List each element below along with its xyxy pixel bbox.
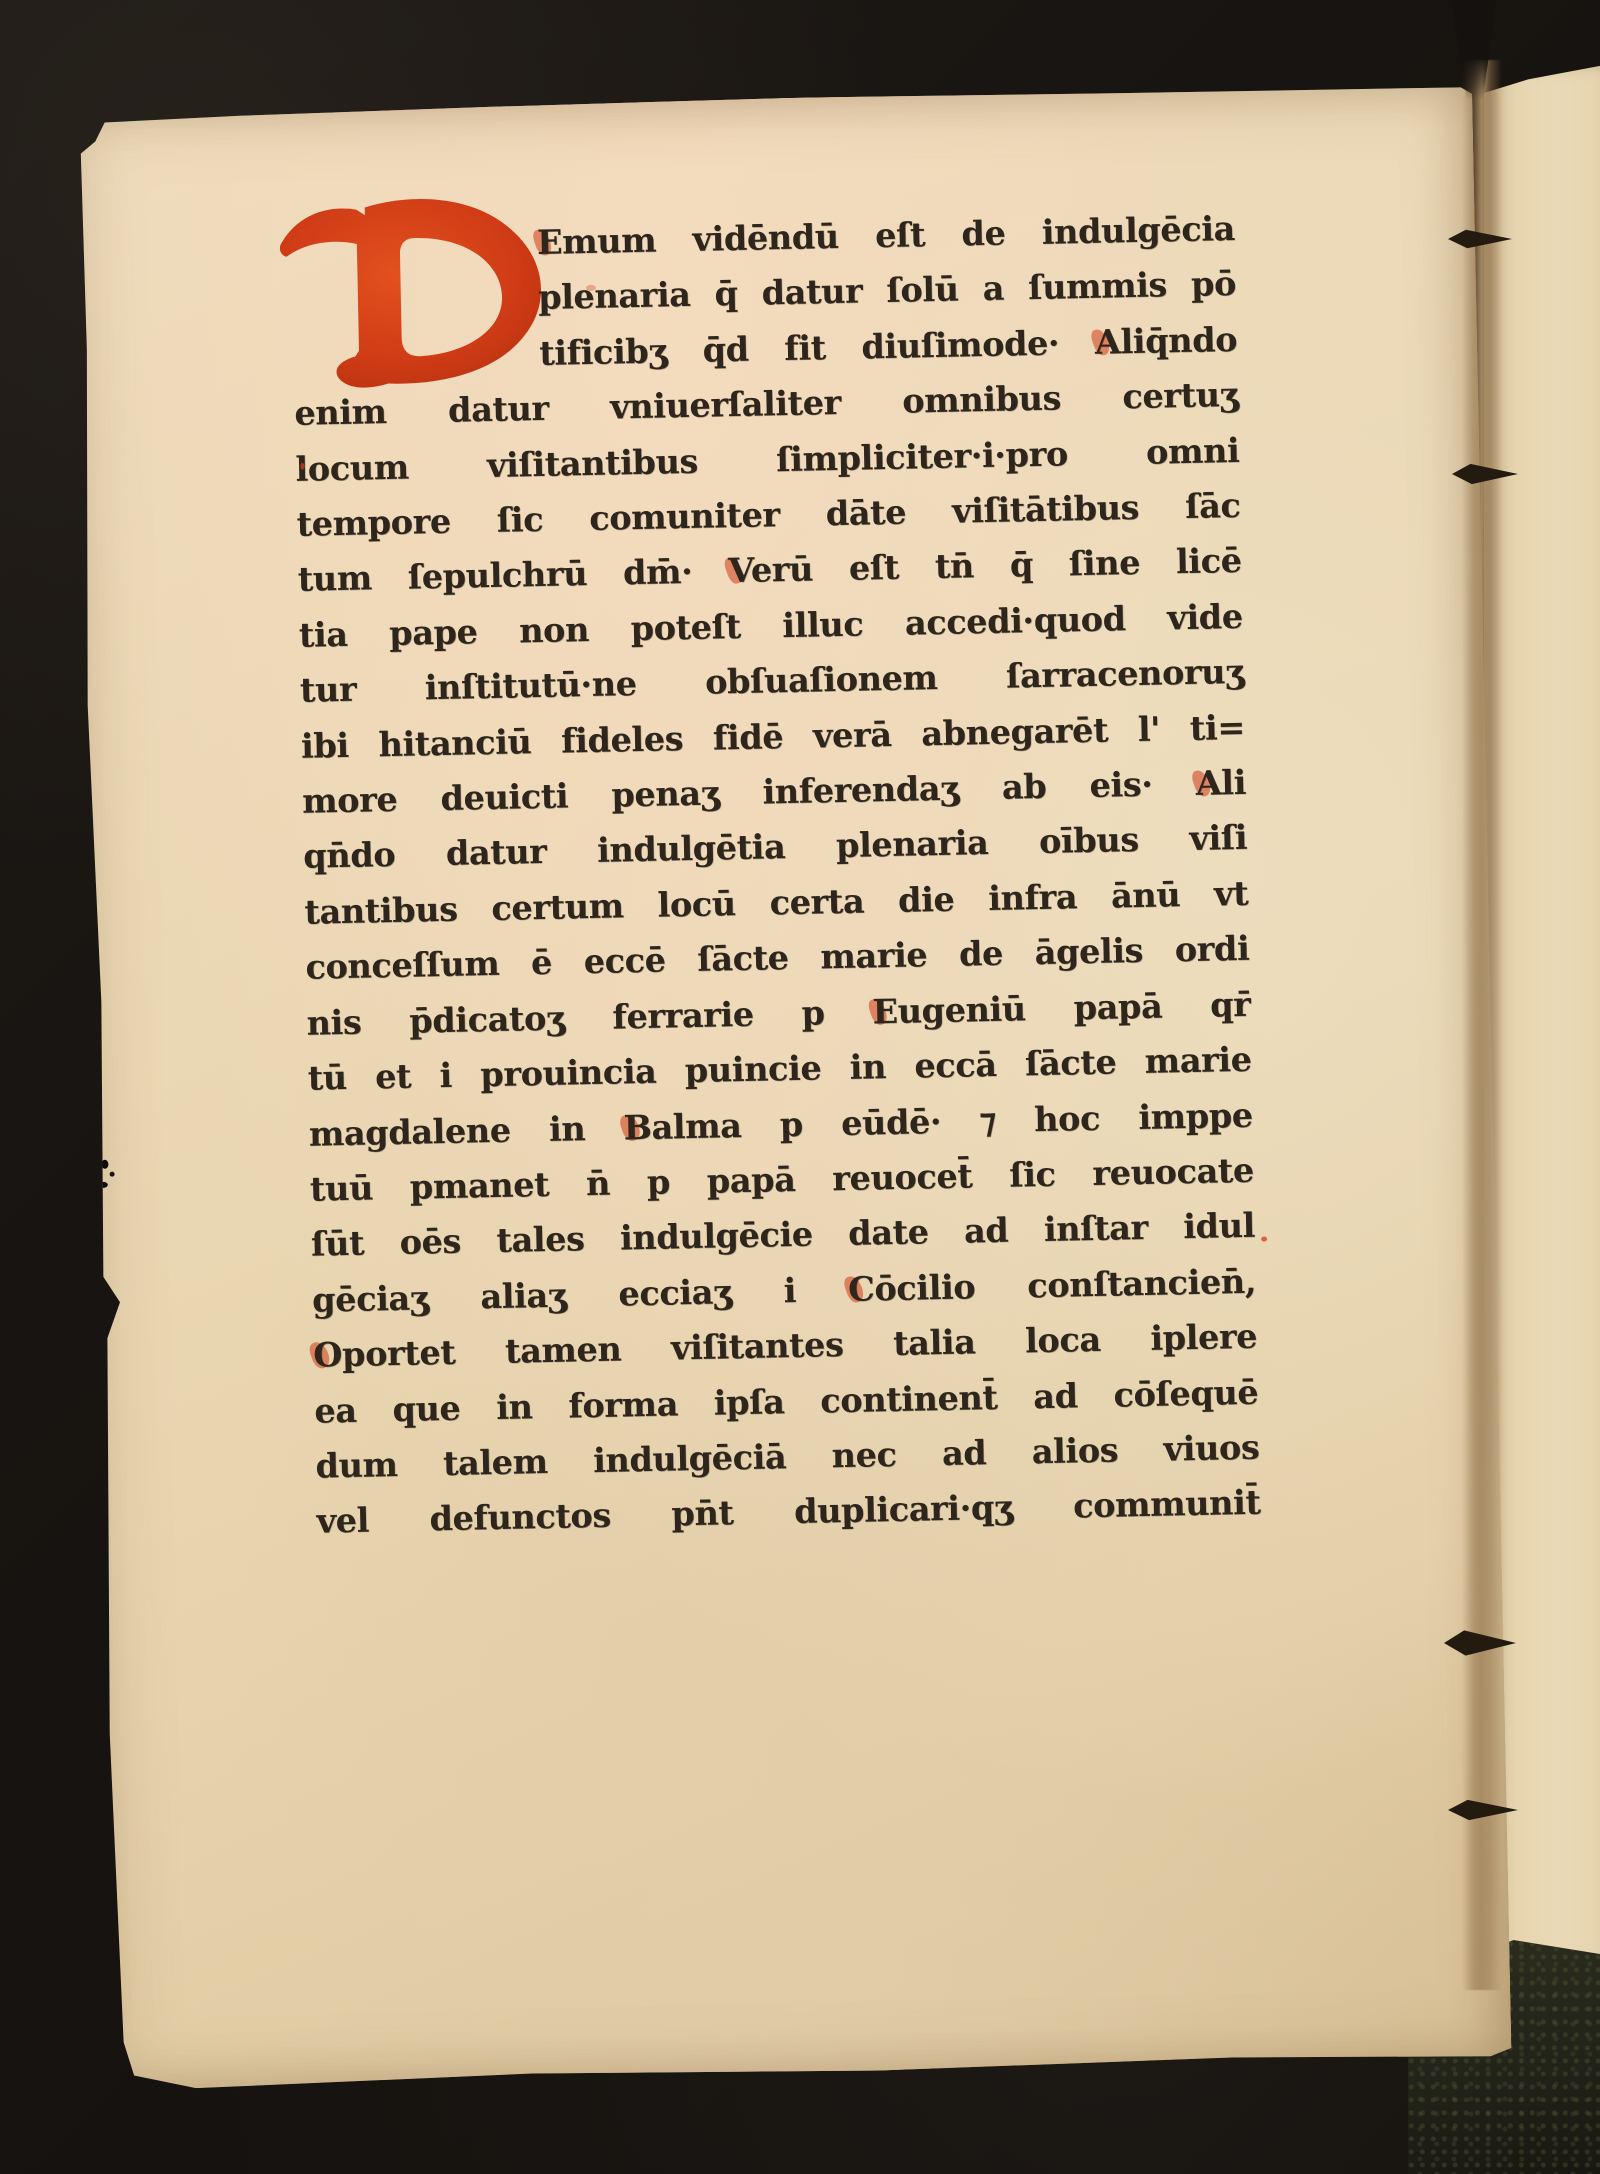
ink-speck	[110, 1172, 115, 1177]
red-ink-speck	[300, 463, 304, 470]
line-text: erū eſt tn̄ q̄ ſine licē	[750, 541, 1241, 590]
text-block: Emum vidēndū eſt de indulgēciaplenaria q…	[290, 201, 1260, 1549]
ink-speck	[99, 1182, 108, 1188]
line-text: qn̄do datur indulgētia plenaria oībus vi…	[303, 818, 1248, 876]
ink-speck	[101, 1160, 108, 1169]
rubricated-letter: A	[1095, 322, 1121, 362]
line-text: alma p eūdē· ⁊ hoc imppe	[651, 1095, 1253, 1146]
line-text: tur inſtitutū·ne obſuaſionem ſarracenoru…	[300, 652, 1245, 710]
red-ink-speck	[1261, 1236, 1267, 1241]
line-text: li	[1221, 763, 1246, 802]
rubricated-letter: C	[848, 1269, 875, 1309]
line-text: vel defunctos pn̄t duplicari·qʒ communit…	[316, 1483, 1261, 1541]
line-text: gēciaʒ aliaʒ ecciaʒ i	[312, 1270, 849, 1320]
line-text: mum vidēndū eſt de indulgēcia	[562, 209, 1236, 261]
rubricated-letter: A	[1195, 763, 1221, 803]
line-text: tū et i prouincia puincie in eccā ſācte …	[307, 1040, 1252, 1098]
line-text: conceſſum ē eccē ſācte marie de āgelis o…	[305, 929, 1250, 987]
line-text: tum ſepulchrū dm̄·	[297, 552, 728, 600]
photograph-stage: Emum vidēndū eſt de indulgēciaplenaria q…	[0, 0, 1600, 2174]
line-text: magdalene in	[308, 1108, 624, 1153]
rubricated-letter: E	[537, 222, 563, 261]
line-text: nis p̄dicatoʒ ferrarie p	[306, 992, 873, 1042]
line-text: tificibʒ q̄d fit diuſimode·	[539, 323, 1095, 373]
line-text: ſūt oēs tales indulgēcie date ad inſtar …	[311, 1206, 1256, 1264]
line-text: ugeniū papā qr̄	[897, 984, 1251, 1030]
rubricated-letter: E	[872, 992, 898, 1031]
line-text: enim datur vniuerſaliter omnibus certuʒ	[294, 375, 1239, 433]
rubricated-letter: B	[623, 1107, 652, 1147]
rubricated-letter: O	[313, 1335, 343, 1375]
line-text: ea que in forma ipſa continent̄ ad cōſeq…	[314, 1372, 1259, 1430]
manuscript-page: Emum vidēndū eſt de indulgēciaplenaria q…	[72, 84, 1511, 2090]
gutter-fold	[1462, 60, 1502, 1990]
line-text: ōcilio conſtancien̄,	[874, 1261, 1256, 1308]
line-text: plenaria q̄ datur ſolū a ſummis pō	[538, 264, 1237, 317]
line-text: more deuicti penaʒ inferendaʒ ab eis·	[302, 764, 1196, 821]
line-text: liq̄ndo	[1120, 320, 1237, 361]
line-text: portet tamen viſitantes talia loca ipler…	[342, 1317, 1258, 1374]
rubricated-letter: V	[728, 551, 751, 590]
